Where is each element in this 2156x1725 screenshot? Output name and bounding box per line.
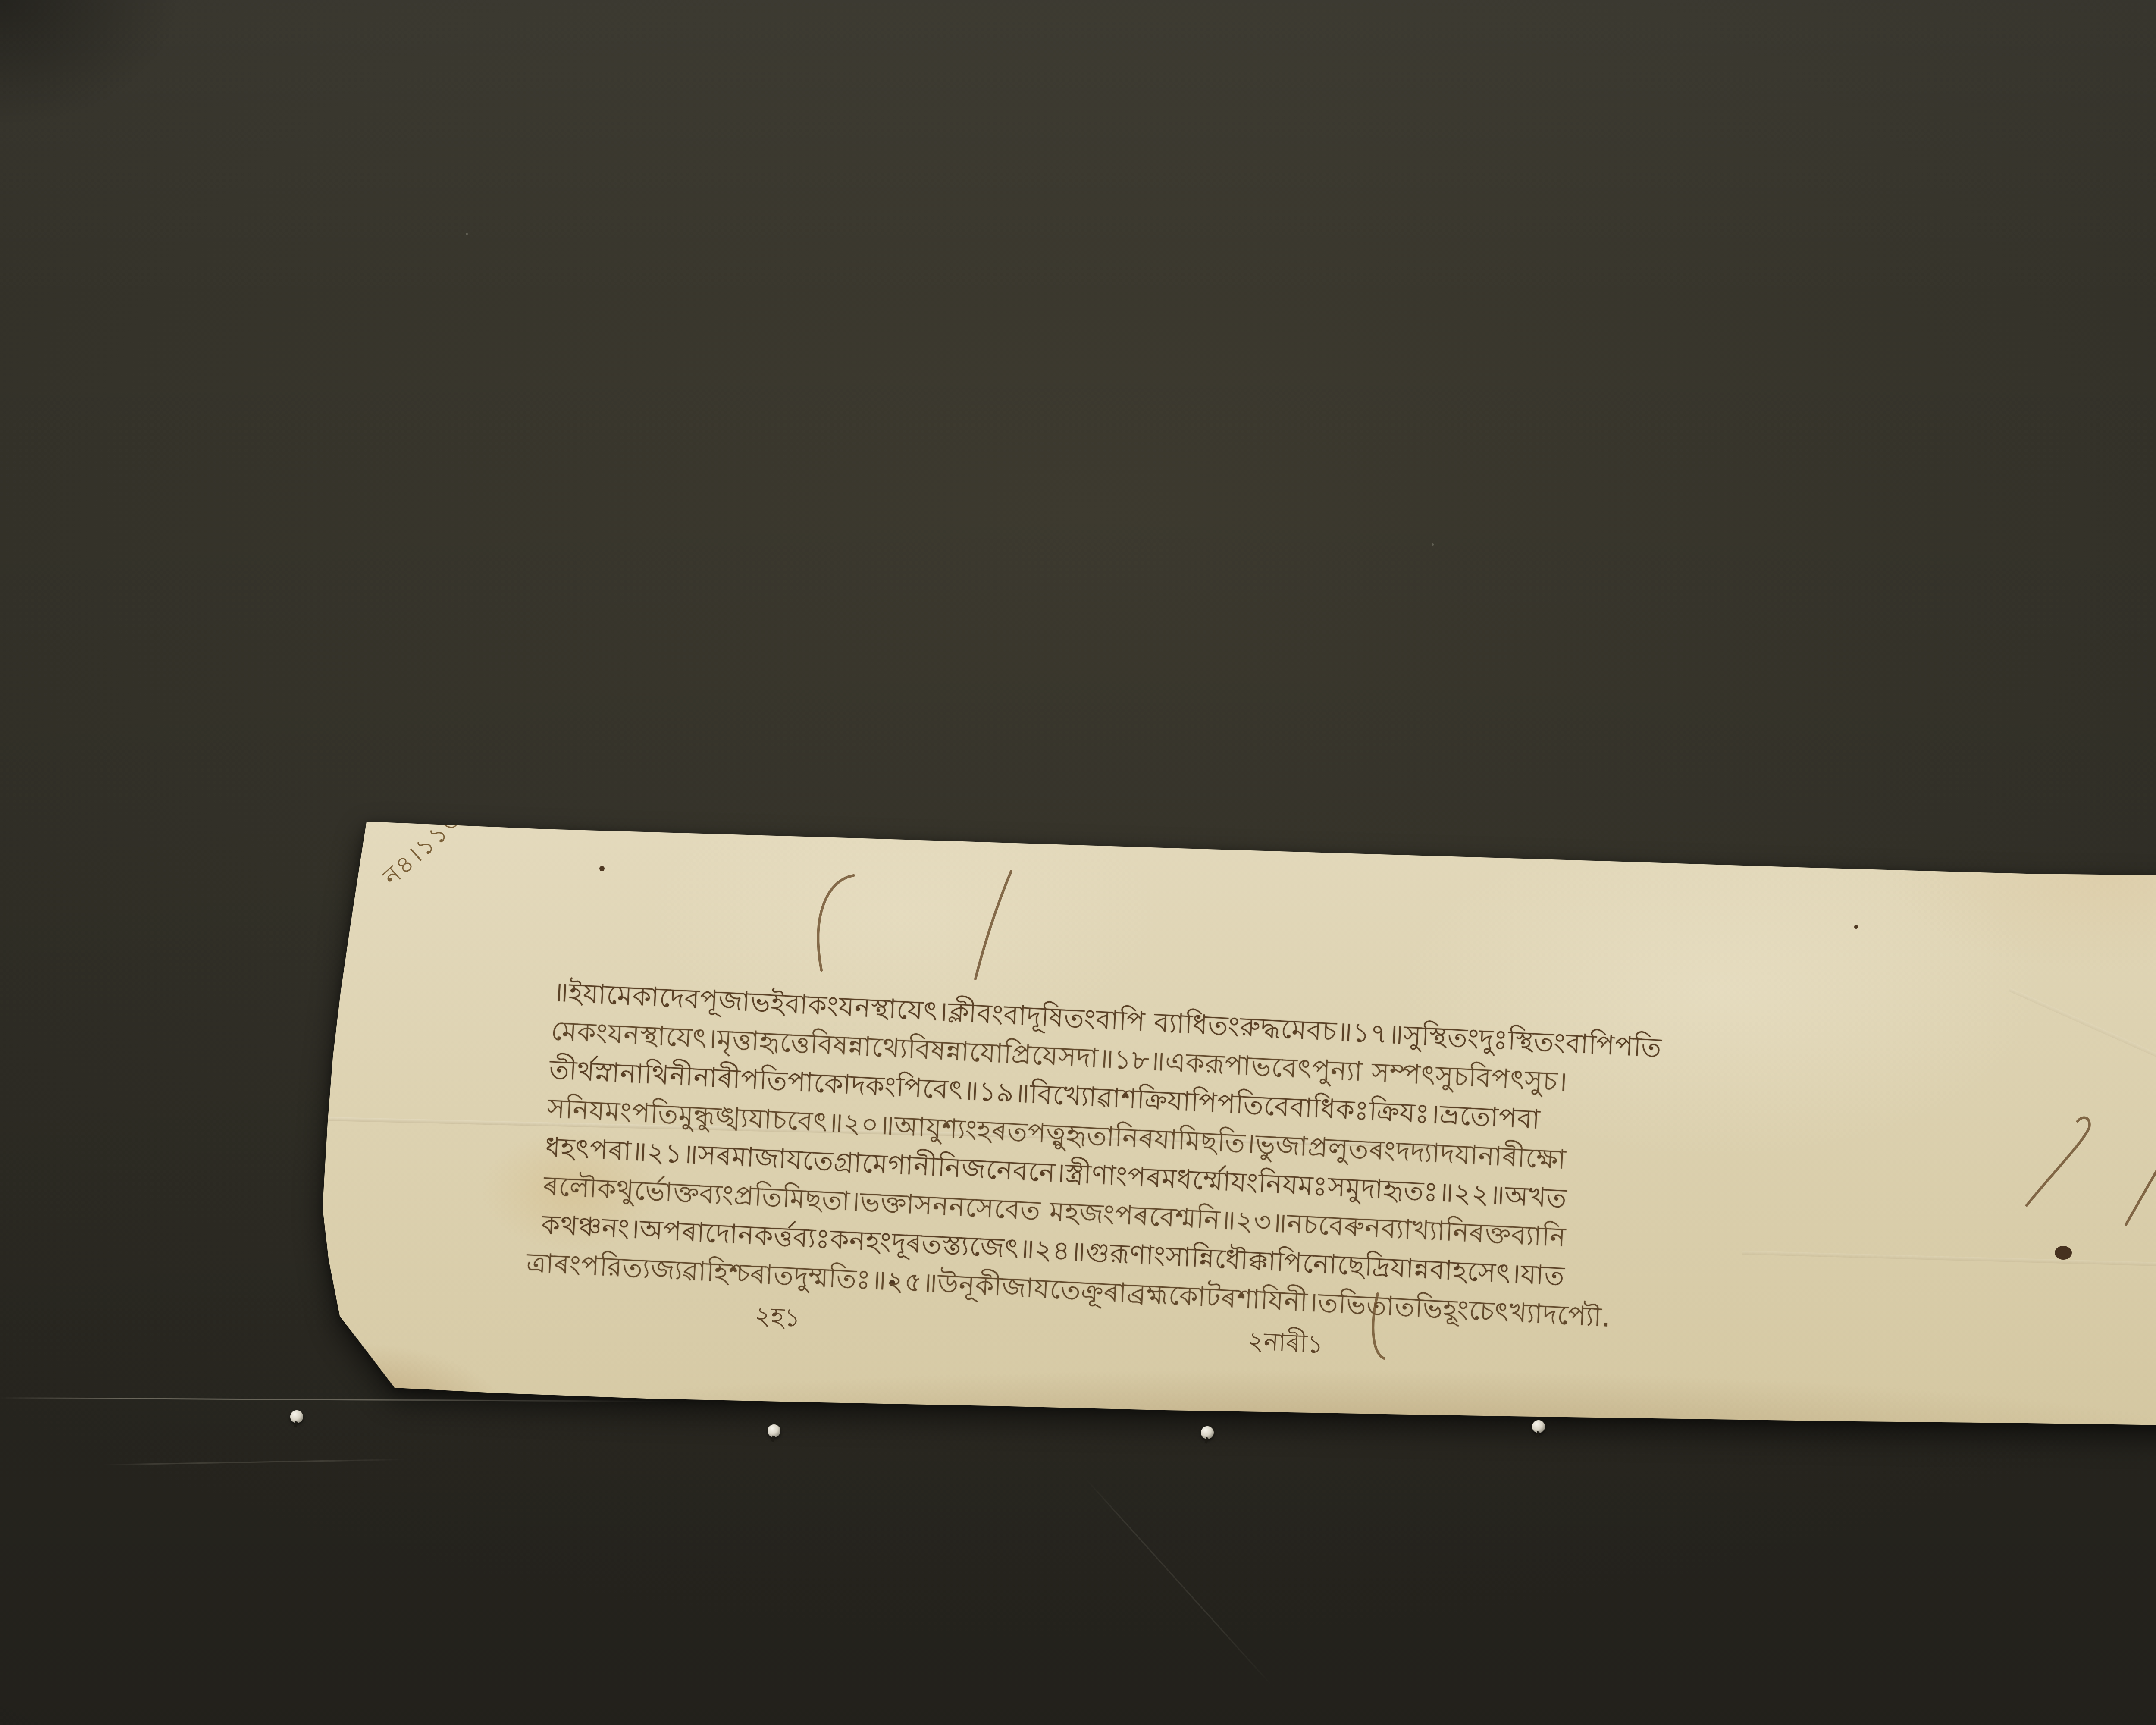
dust-speck	[1432, 543, 1434, 546]
flourish-stroke	[2027, 1118, 2090, 1205]
paper-leaf: ন৪।১১৩ ॥ইযামেকাদেবপূজাভইবাকংযনস্থাযেৎ।ক্…	[319, 815, 2156, 1440]
diagonal-stroke	[2126, 1059, 2156, 1225]
pin-icon	[290, 1410, 303, 1423]
stray-ascender-stroke	[818, 875, 854, 970]
manuscript-paper: ন৪।১১৩ ॥ইযামেকাদেবপূজাভইবাকংযনস্থাযেৎ।ক্…	[319, 815, 2156, 1440]
manuscript-photograph: ন৪।১১৩ ॥ইযামেকাদেবপূজাভইবাকংযনস্থাযেৎ।ক্…	[0, 0, 2156, 1725]
stray-ascender-stroke	[975, 871, 1011, 979]
descender-flourish	[1373, 1294, 1384, 1358]
ink-blot	[2055, 1246, 2072, 1260]
ink-flourishes	[319, 815, 2156, 1440]
torn-bottom-edge	[319, 1427, 2156, 1440]
pin-icon	[1201, 1426, 1214, 1439]
dust-speck	[466, 233, 468, 235]
pin-icon	[1532, 1420, 1545, 1433]
pin-icon	[768, 1424, 780, 1437]
